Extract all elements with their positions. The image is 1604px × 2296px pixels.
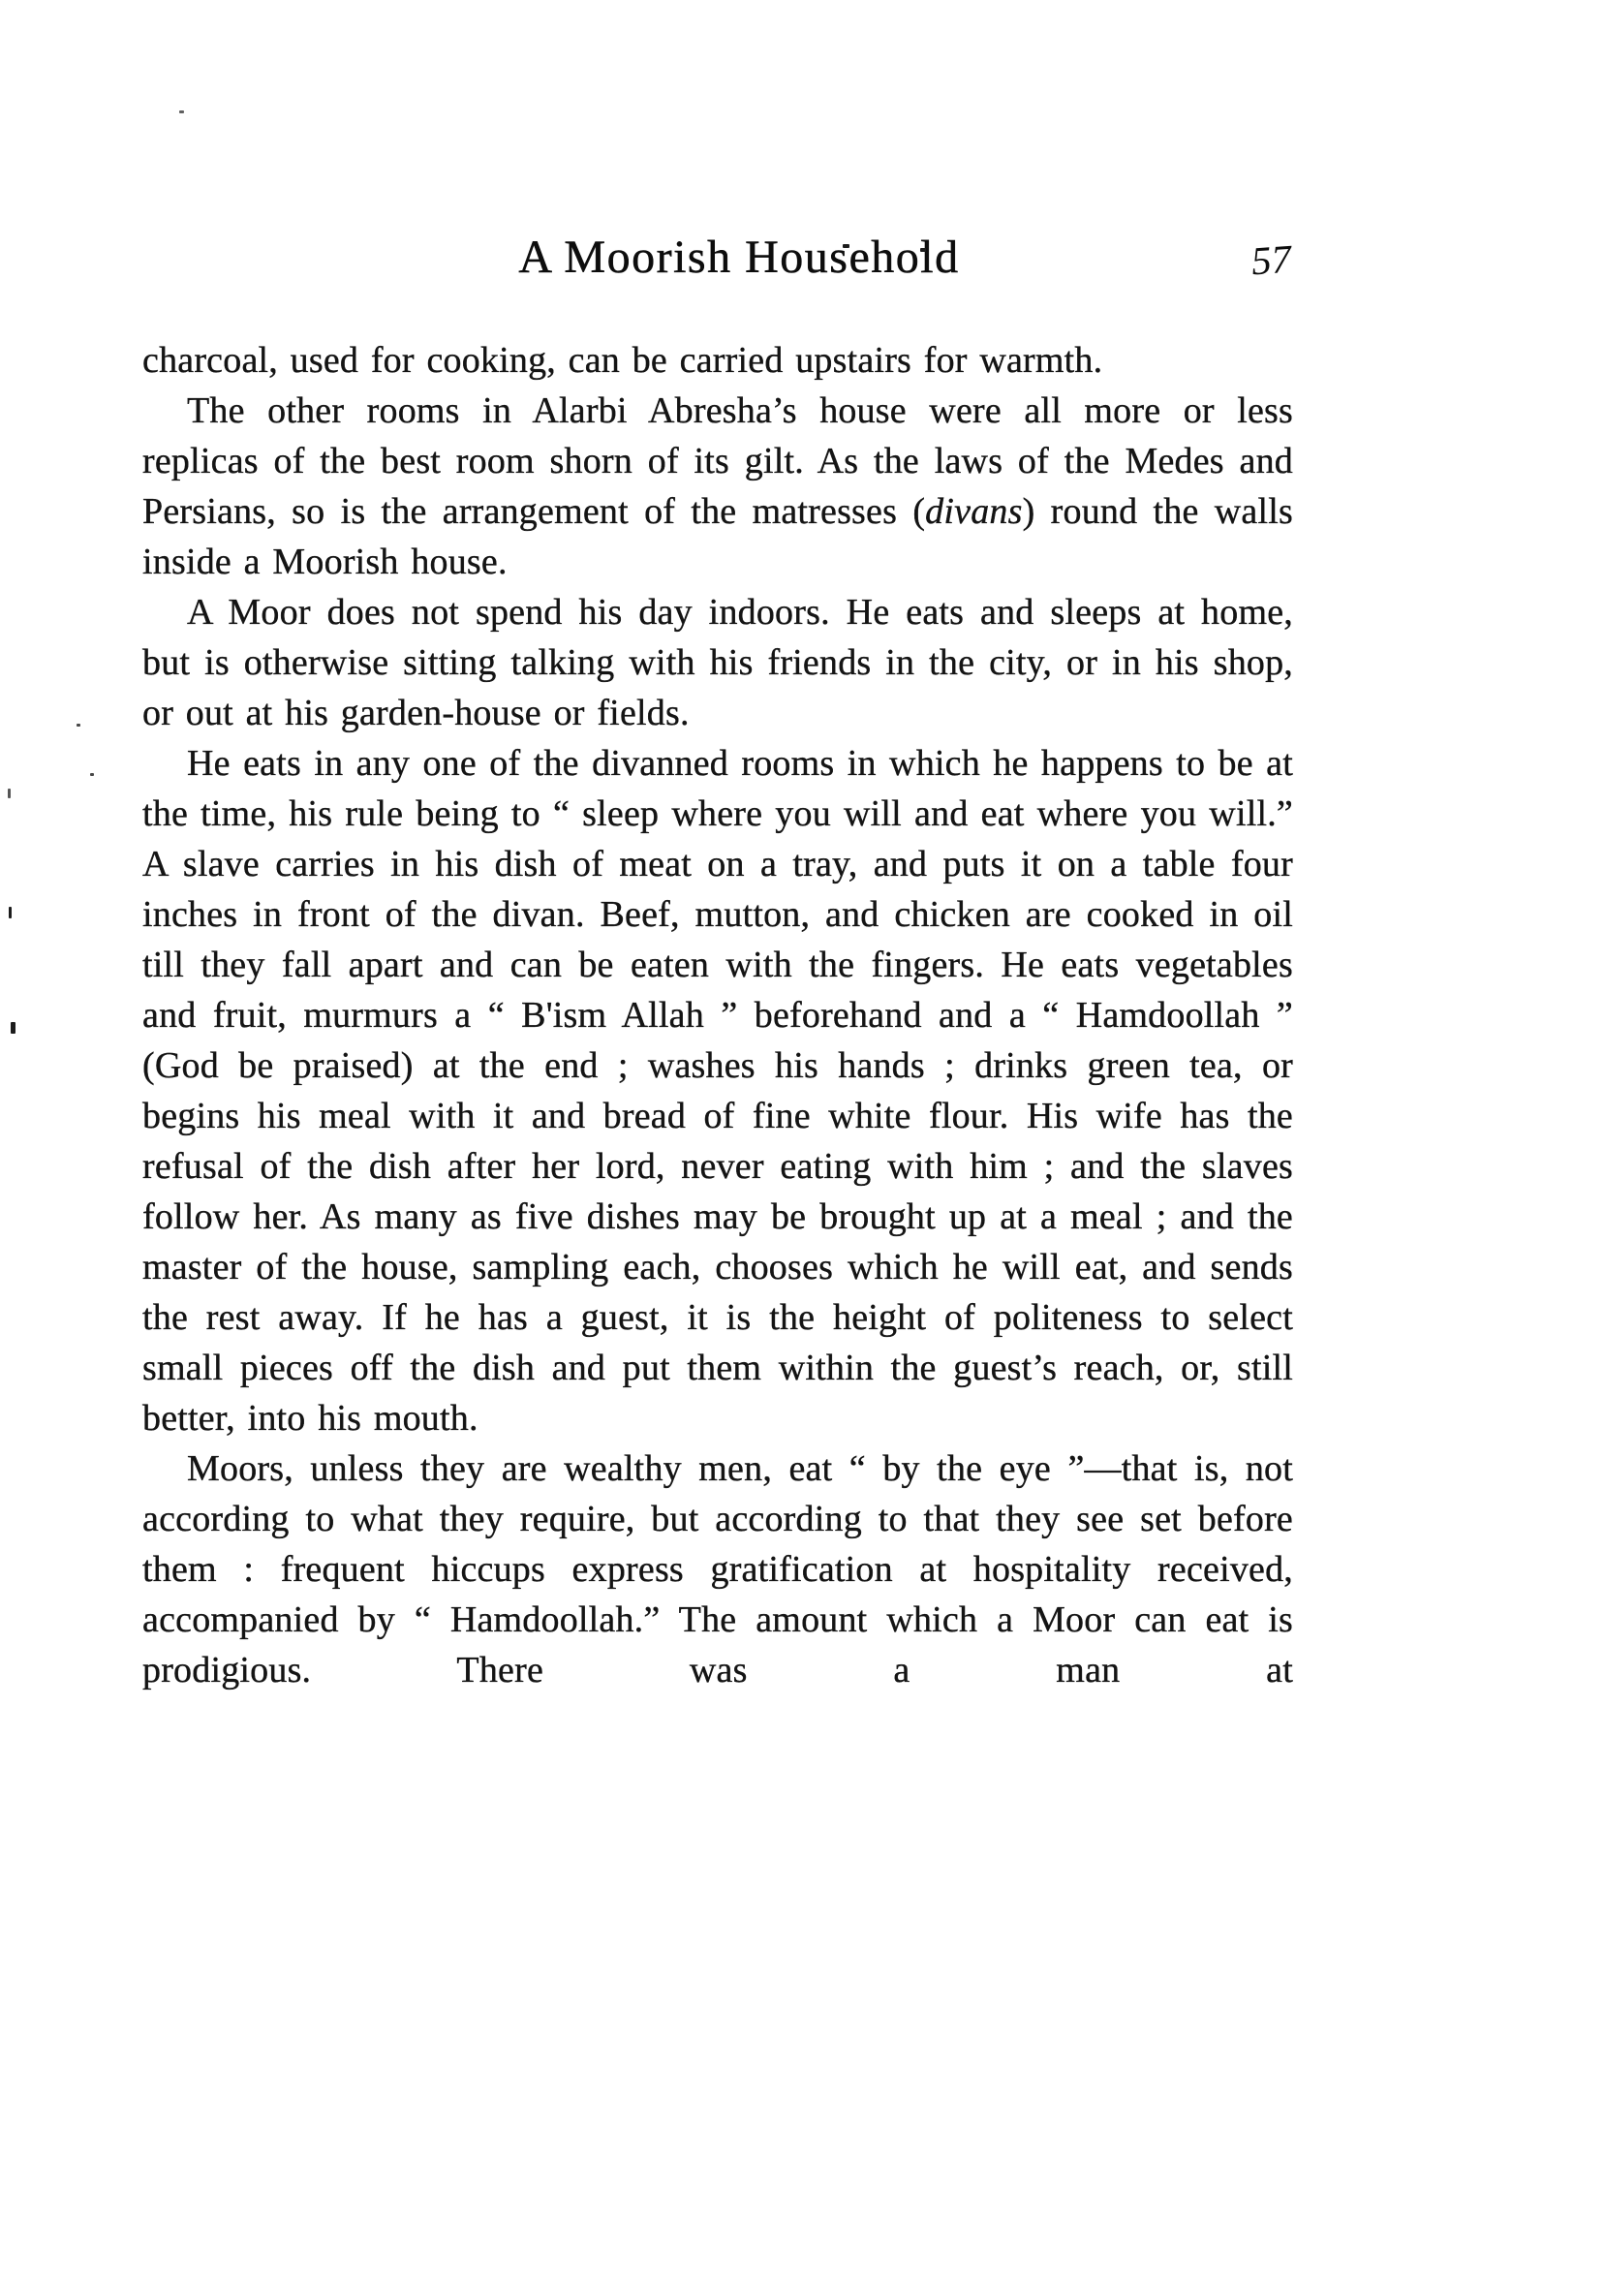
scan-speck [179,110,184,113]
text-run: He eats in any one of the divanned rooms… [142,743,1293,1439]
text-run: charcoal, used for cooking, can be carri… [142,340,1102,381]
paragraph: The other rooms in Alarbi Abresha’s hous… [142,386,1293,587]
scan-speck [77,724,80,727]
page-number: 57 [1249,235,1292,285]
text-run: Moors, unless they are wealthy men, eat … [142,1448,1293,1691]
scan-speck [90,773,94,776]
italic-term: divans [925,491,1022,532]
paragraph: He eats in any one of the divanned rooms… [142,738,1293,1443]
running-header: A Moorish Household 57 [142,231,1293,289]
page-title: A Moorish Household [164,231,1314,284]
paragraph: Moors, unless they are wealthy men, eat … [142,1443,1293,1695]
paragraph: charcoal, used for cooking, can be carri… [142,335,1293,386]
text-run: A Moor does not spend his day indoors. H… [142,592,1293,733]
scan-speck [843,244,849,248]
scan-speck [8,789,11,798]
paragraph: A Moor does not spend his day indoors. H… [142,587,1293,738]
scan-speck [11,1022,15,1034]
scan-speck [9,907,12,918]
scan-speck [920,248,926,252]
book-page: A Moorish Household 57 charcoal, used fo… [0,0,1604,2296]
text-block: charcoal, used for cooking, can be carri… [142,335,1293,1695]
